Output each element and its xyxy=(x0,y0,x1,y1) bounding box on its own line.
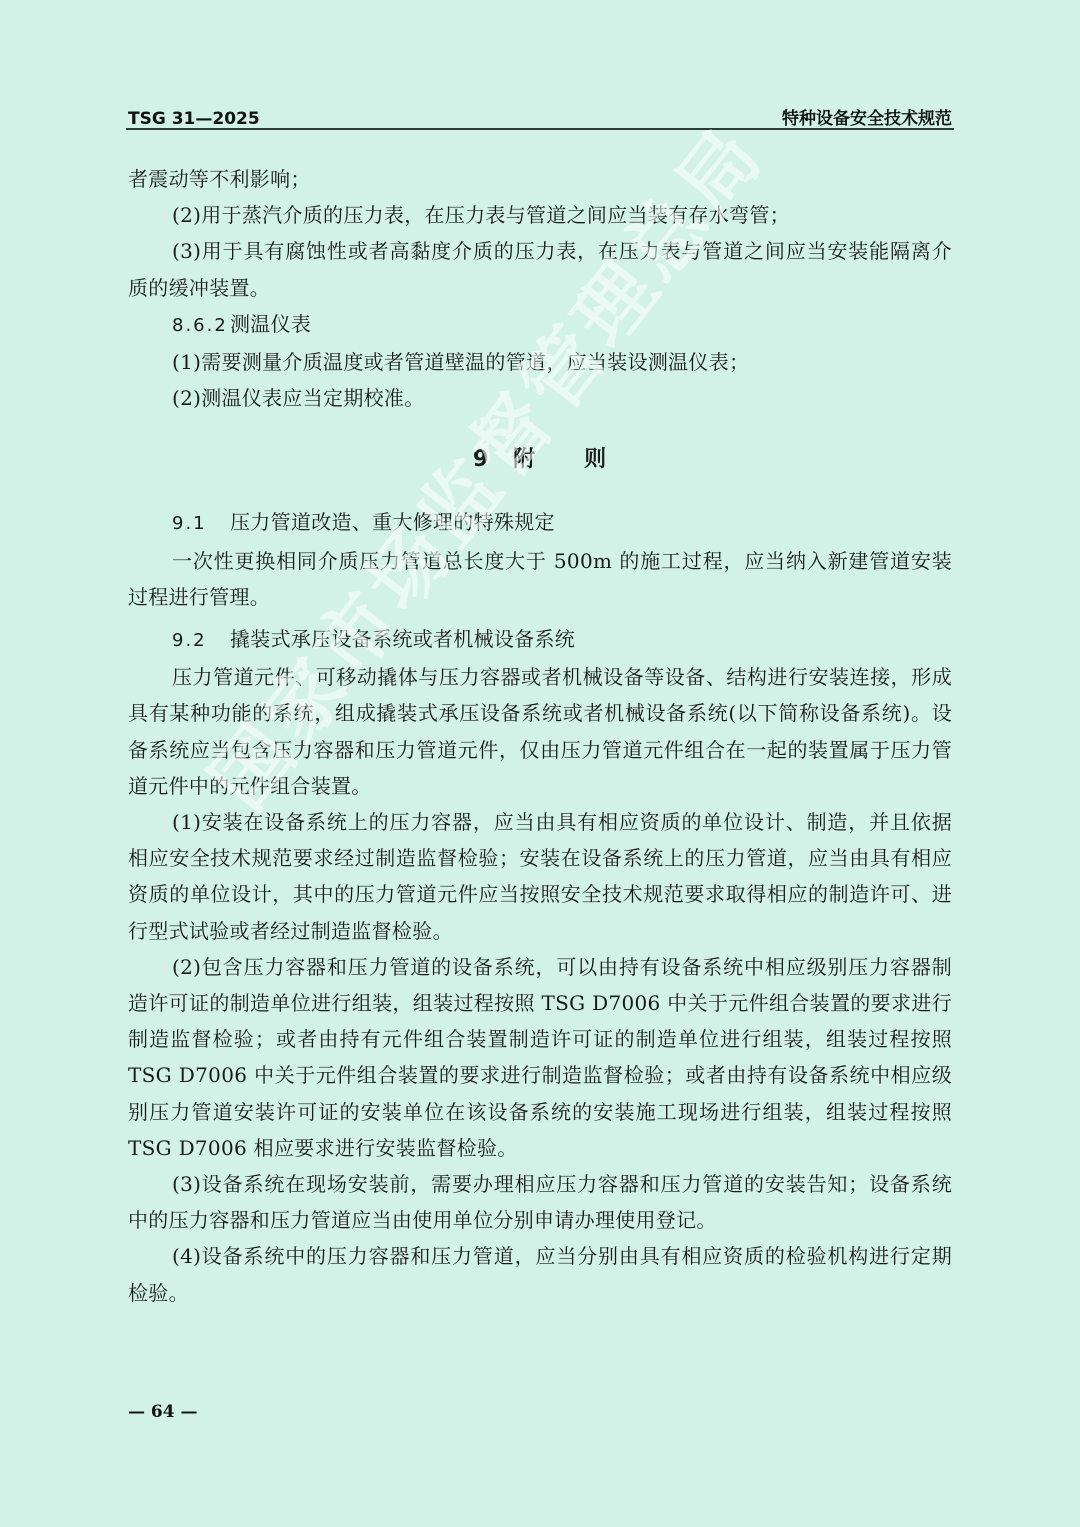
page-body: 者震动等不利影响； (2)用于蒸汽介质的压力表，在压力表与管道之间应当装有存水弯… xyxy=(128,161,952,1311)
section-title: 测温仪表 xyxy=(230,312,311,336)
section-number: 9.2 xyxy=(172,623,230,659)
page-header: TSG 31—2025 特种设备安全技术规范 xyxy=(128,103,952,129)
section-number: 9.1 xyxy=(172,506,230,542)
section-title: 压力管道改造、重大修理的特殊规定 xyxy=(230,510,555,534)
chapter-title-part: 则 xyxy=(584,447,607,472)
list-item: (2)测温仪表应当定期校准。 xyxy=(128,380,952,416)
section-title: 撬装式承压设备系统或者机械设备系统 xyxy=(230,627,575,651)
list-item: (3)设备系统在现场安装前，需要办理相应压力容器和压力管道的安装告知；设备系统中… xyxy=(128,1166,952,1238)
paragraph: 压力管道元件、可移动撬体与压力容器或者机械设备等设备、结构进行安装连接，形成具有… xyxy=(128,659,952,804)
series-title: 特种设备安全技术规范 xyxy=(782,104,952,129)
chapter-heading: 9附则 xyxy=(128,442,952,478)
list-item: (3)用于具有腐蚀性或者高黏度介质的压力表，在压力表与管道之间应当安装能隔离介质… xyxy=(128,233,952,305)
paragraph-continuation: 者震动等不利影响； xyxy=(128,161,952,197)
section-number: 8.6.2 xyxy=(172,308,230,344)
list-item: (1)需要测量介质温度或者管道壁温的管道，应当装设测温仪表； xyxy=(128,344,952,380)
paragraph: 一次性更换相同介质压力管道总长度大于 500m 的施工过程，应当纳入新建管道安装… xyxy=(128,543,952,615)
section-heading-9-2: 9.2撬装式承压设备系统或者机械设备系统 xyxy=(128,621,952,659)
section-heading-9-1: 9.1压力管道改造、重大修理的特殊规定 xyxy=(128,504,952,542)
list-item: (2)包含压力容器和压力管道的设备系统，可以由持有设备系统中相应级别压力容器制造… xyxy=(128,949,952,1166)
page-number: — 64 — xyxy=(128,1402,198,1422)
list-item: (2)用于蒸汽介质的压力表，在压力表与管道之间应当装有存水弯管； xyxy=(128,197,952,233)
section-heading-8-6-2: 8.6.2测温仪表 xyxy=(128,306,952,344)
chapter-title-part: 附 xyxy=(513,447,536,472)
document-page: TSG 31—2025 特种设备安全技术规范 者震动等不利影响； (2)用于蒸汽… xyxy=(128,0,952,1527)
header-divider xyxy=(126,128,954,130)
list-item: (1)安装在设备系统上的压力容器，应当由具有相应资质的单位设计、制造，并且依据相… xyxy=(128,804,952,949)
chapter-number: 9 xyxy=(473,447,489,472)
list-item: (4)设备系统中的压力容器和压力管道，应当分别由具有相应资质的检验机构进行定期检… xyxy=(128,1238,952,1310)
doc-code: TSG 31—2025 xyxy=(128,109,260,129)
